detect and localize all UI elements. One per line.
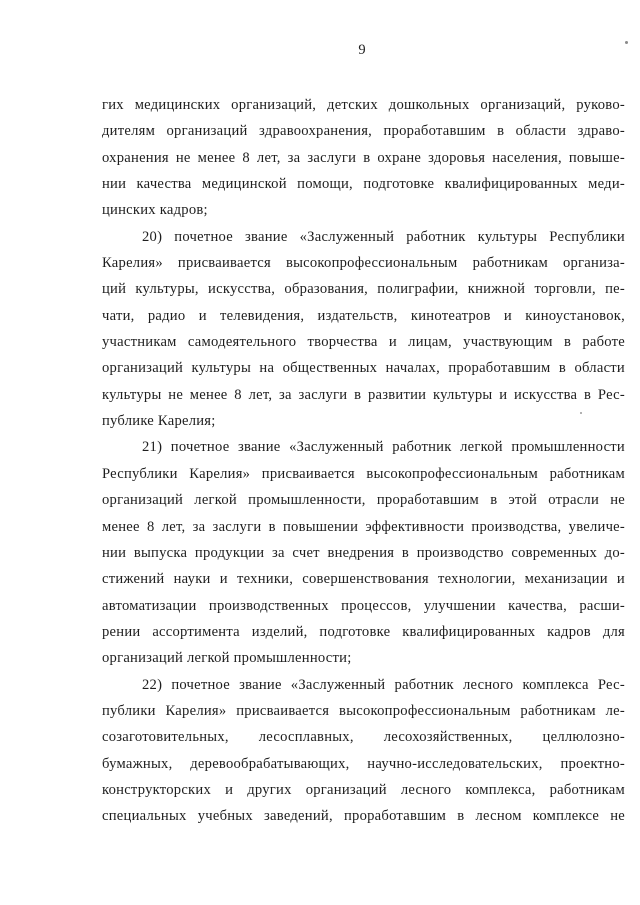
text-line: 21) почетное звание «Заслуженный работни… (102, 434, 625, 460)
text-line: публике Карелия; (102, 408, 625, 434)
text-line: организаций культуры на общественных нач… (102, 355, 625, 381)
text-line: нии качества медицинской помощи, подгото… (102, 171, 625, 197)
text-line: Республики Карелия» присваивается высоко… (102, 461, 625, 487)
text-line: культуры не менее 8 лет, за заслуги в ра… (102, 382, 625, 408)
text-line: чати, радио и телевидения, издательств, … (102, 303, 625, 329)
paragraph: 21) почетное звание «Заслуженный работни… (102, 434, 625, 671)
text-line: созаготовительных, лесосплавных, лесохоз… (102, 724, 625, 750)
page-number: 9 (342, 42, 382, 59)
scan-artifact-dot (580, 412, 582, 414)
text-line: гих медицинских организаций, детских дош… (102, 92, 625, 118)
text-line: дителям организаций здравоохранения, про… (102, 118, 625, 144)
text-line: рении ассортимента изделий, подготовке к… (102, 619, 625, 645)
text-line: публики Карелия» присваивается высокопро… (102, 698, 625, 724)
paragraph: гих медицинских организаций, детских дош… (102, 92, 625, 224)
paragraph: 20) почетное звание «Заслуженный работни… (102, 224, 625, 435)
text-line: охранения не менее 8 лет, за заслуги в о… (102, 145, 625, 171)
text-line: ций культуры, искусства, образования, по… (102, 276, 625, 302)
text-line: Карелия» присваивается высокопрофессиона… (102, 250, 625, 276)
text-line: цинских кадров; (102, 197, 625, 223)
text-line: 20) почетное звание «Заслуженный работни… (102, 224, 625, 250)
document-page: 9 гих медицинских организаций, детских д… (0, 0, 640, 905)
text-line: нии выпуска продукции за счет внедрения … (102, 540, 625, 566)
text-line: конструкторских и других организаций лес… (102, 777, 625, 803)
text-line: автоматизации производственных процессов… (102, 593, 625, 619)
text-line: организаций легкой промышленности; (102, 645, 625, 671)
text-line: бумажных, деревообрабатывающих, научно-и… (102, 751, 625, 777)
paragraph: 22) почетное звание «Заслуженный работни… (102, 672, 625, 830)
text-line: участникам самодеятельного творчества и … (102, 329, 625, 355)
scan-artifact-dot (625, 41, 628, 44)
text-line: специальных учебных заведений, проработа… (102, 803, 625, 829)
text-line: стижений науки и техники, совершенствова… (102, 566, 625, 592)
text-line: 22) почетное звание «Заслуженный работни… (102, 672, 625, 698)
text-line: менее 8 лет, за заслуги в повышении эффе… (102, 514, 625, 540)
text-line: организаций легкой промышленности, прора… (102, 487, 625, 513)
document-text: гих медицинских организаций, детских дош… (102, 92, 625, 830)
